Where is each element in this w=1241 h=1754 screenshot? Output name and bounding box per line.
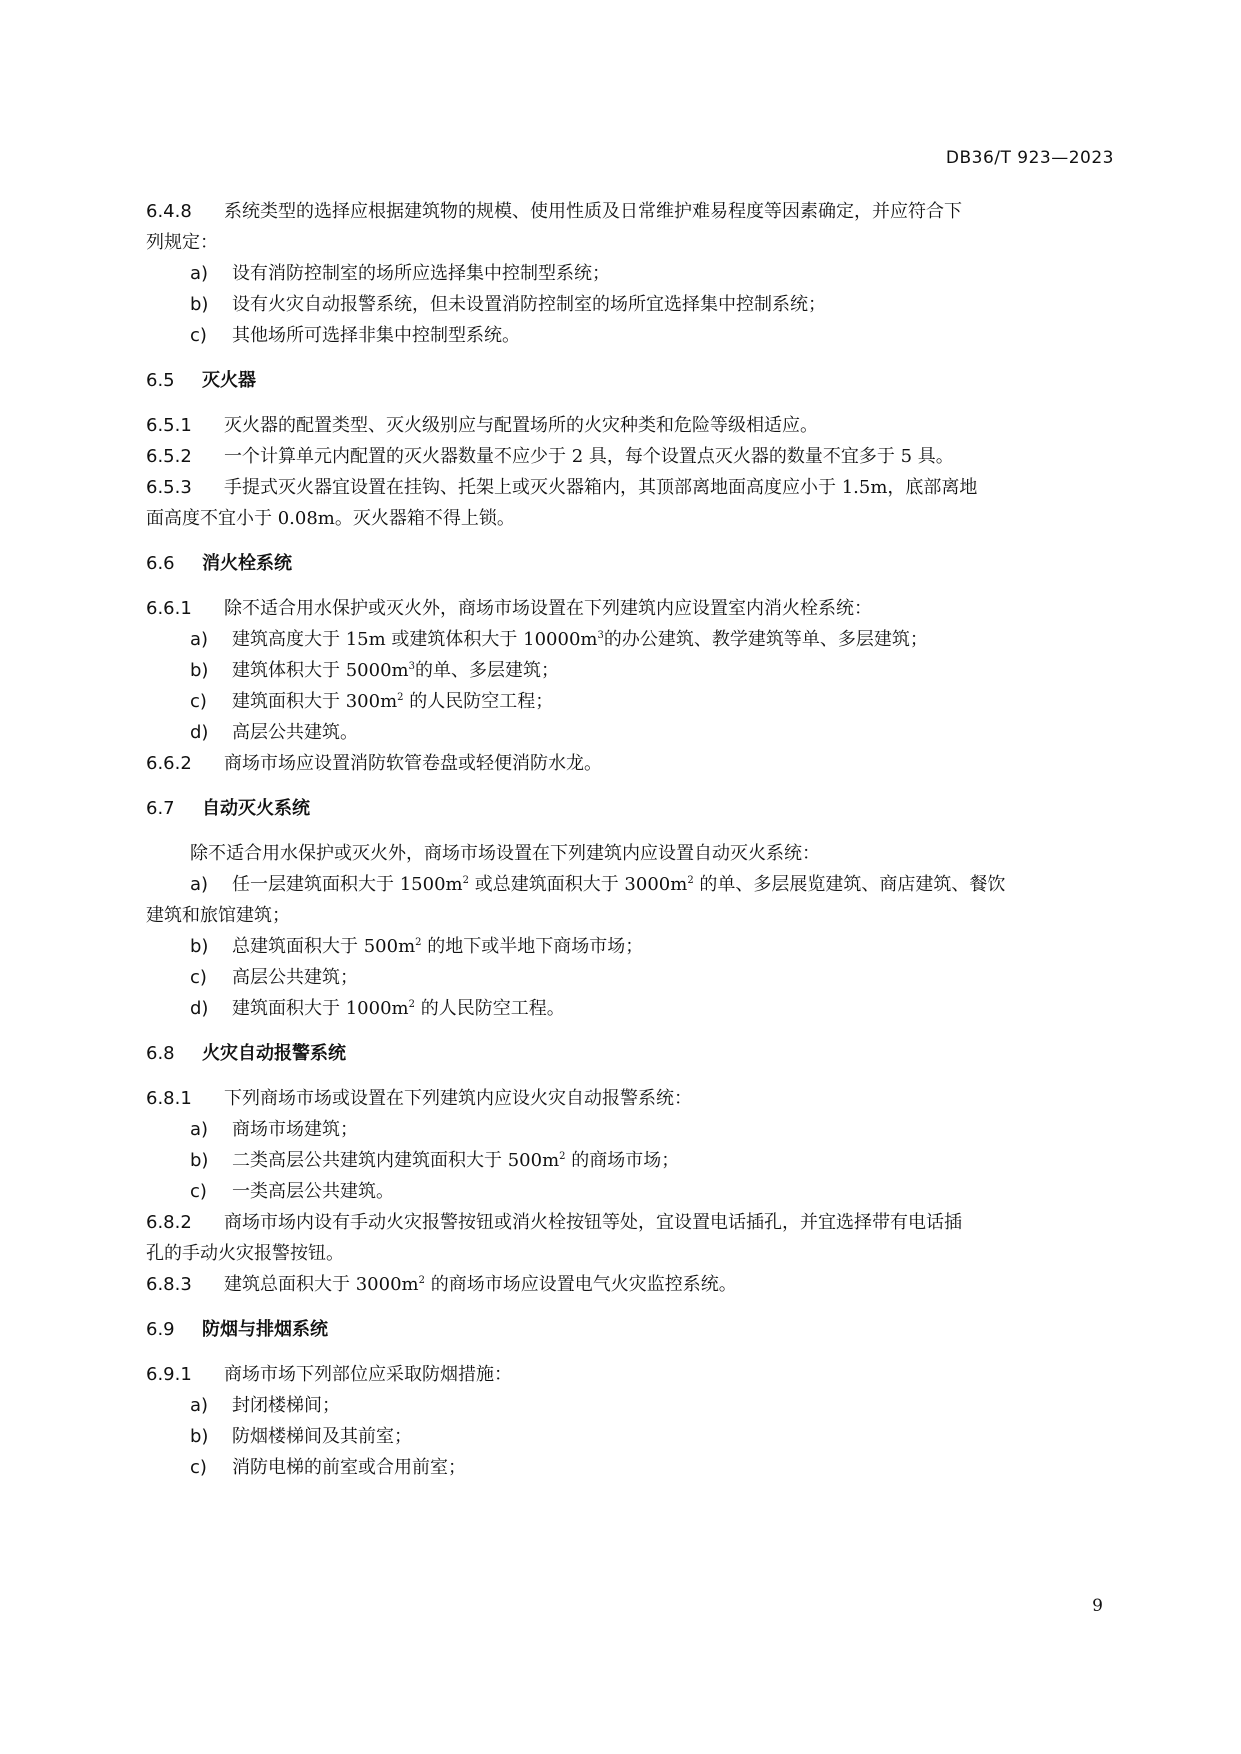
list-item: d)高层公共建筑。 [146,717,1114,748]
item-text-tail: 的办公建筑、教学建筑等单、多层建筑； [604,629,928,650]
section-heading-6-6: 6.6消火栓系统 [146,548,1114,579]
clause-number: 6.8.3 [146,1269,224,1300]
list-item: c)建筑面积大于 300m2 的人民防空工程； [146,686,1114,717]
clause-6-4-8-continued: 列规定： [146,227,1114,258]
item-text-tail: 的单、多层展览建筑、商店建筑、餐饮 [694,874,1006,895]
clause-number: 6.5.1 [146,410,224,441]
section-number: 6.7 [146,793,202,824]
item-text: 消防电梯的前室或合用前室； [232,1457,466,1478]
item-text-mid: 或总建筑面积大于 3000m [469,874,687,895]
list-item: a)商场市场建筑； [146,1114,1114,1145]
section-title: 灭火器 [202,370,256,391]
list-item: b)二类高层公共建筑内建筑面积大于 500m2 的商场市场； [146,1145,1114,1176]
section-heading-6-7: 6.7自动灭火系统 [146,793,1114,824]
clause-number: 6.5.2 [146,441,224,472]
clause-6-8-2-continued: 孔的手动火灾报警按钮。 [146,1238,1114,1269]
section-title: 防烟与排烟系统 [202,1319,328,1340]
item-text: 封闭楼梯间； [232,1395,340,1416]
list-item: b)防烟楼梯间及其前室； [146,1421,1114,1452]
clause-text: 除不适合用水保护或灭火外，商场市场设置在下列建筑内应设置室内消火栓系统： [224,598,872,619]
item-label: a) [190,1114,232,1145]
item-label: b) [190,1421,232,1452]
item-text-tail: 的地下或半地下商场市场； [422,936,644,957]
page-number: 9 [1092,1596,1103,1616]
item-text-tail: 的商场市场； [566,1150,680,1171]
clause-6-9-1: 6.9.1商场市场下列部位应采取防烟措施： [146,1359,1114,1390]
list-item: c)一类高层公共建筑。 [146,1176,1114,1207]
clause-text: 系统类型的选择应根据建筑物的规模、使用性质及日常维护难易程度等因素确定，并应符合… [224,201,962,222]
item-label: c) [190,686,232,717]
list-item: a)建筑高度大于 15m 或建筑体积大于 10000m3的办公建筑、教学建筑等单… [146,624,1114,655]
item-label: c) [190,1452,232,1483]
item-text: 高层公共建筑； [232,967,358,988]
list-item-continued: 建筑和旅馆建筑； [146,900,1114,931]
item-text: 二类高层公共建筑内建筑面积大于 500m [232,1150,559,1171]
clause-6-5-1: 6.5.1灭火器的配置类型、灭火级别应与配置场所的火灾种类和危险等级相适应。 [146,410,1114,441]
item-text-tail: 的人民防空工程。 [415,998,565,1019]
section-heading-6-5: 6.5灭火器 [146,365,1114,396]
list-item: c)消防电梯的前室或合用前室； [146,1452,1114,1483]
section-heading-6-9: 6.9防烟与排烟系统 [146,1314,1114,1345]
clause-6-5-2: 6.5.2一个计算单元内配置的灭火器数量不应少于 2 具，每个设置点灭火器的数量… [146,441,1114,472]
clause-number: 6.8.2 [146,1207,224,1238]
clause-number: 6.5.3 [146,472,224,503]
document-body: 6.4.8系统类型的选择应根据建筑物的规模、使用性质及日常维护难易程度等因素确定… [146,196,1114,1483]
item-text: 总建筑面积大于 500m [232,936,415,957]
item-label: b) [190,289,232,320]
item-text: 设有火灾自动报警系统，但未设置消防控制室的场所宜选择集中控制系统； [232,294,826,315]
section-heading-6-8: 6.8火灾自动报警系统 [146,1038,1114,1069]
section-title: 消火栓系统 [202,553,292,574]
clause-text: 下列商场市场或设置在下列建筑内应设火灾自动报警系统： [224,1088,692,1109]
clause-6-5-3-continued: 面高度不宜小于 0.08m。灭火器箱不得上锁。 [146,503,1114,534]
item-label: c) [190,1176,232,1207]
item-text: 高层公共建筑。 [232,722,358,743]
item-text: 建筑体积大于 5000m [232,660,409,681]
clause-6-6-2: 6.6.2商场市场应设置消防软管卷盘或轻便消防水龙。 [146,748,1114,779]
list-item: c)高层公共建筑； [146,962,1114,993]
list-item: a)设有消防控制室的场所应选择集中控制型系统； [146,258,1114,289]
item-label: c) [190,320,232,351]
clause-number: 6.4.8 [146,196,224,227]
item-text: 建筑面积大于 300m [232,691,397,712]
clause-text-tail: 的商场市场应设置电气火灾监控系统。 [425,1274,737,1295]
section-number: 6.5 [146,365,202,396]
clause-text: 商场市场应设置消防软管卷盘或轻便消防水龙。 [224,753,602,774]
item-text: 设有消防控制室的场所应选择集中控制型系统； [232,263,610,284]
item-label: d) [190,993,232,1024]
section-title: 自动灭火系统 [202,798,310,819]
item-label: a) [190,624,232,655]
clause-number: 6.8.1 [146,1083,224,1114]
clause-6-4-8: 6.4.8系统类型的选择应根据建筑物的规模、使用性质及日常维护难易程度等因素确定… [146,196,1114,227]
item-label: c) [190,962,232,993]
list-item: d)建筑面积大于 1000m2 的人民防空工程。 [146,993,1114,1024]
item-text: 防烟楼梯间及其前室； [232,1426,412,1447]
section-title: 火灾自动报警系统 [202,1043,346,1064]
item-text: 其他场所可选择非集中控制型系统。 [232,325,520,346]
item-text: 一类高层公共建筑。 [232,1181,394,1202]
clause-number: 6.6.1 [146,593,224,624]
item-text: 商场市场建筑； [232,1119,358,1140]
list-item: b)设有火灾自动报警系统，但未设置消防控制室的场所宜选择集中控制系统； [146,289,1114,320]
clause-6-8-3: 6.8.3建筑总面积大于 3000m2 的商场市场应设置电气火灾监控系统。 [146,1269,1114,1300]
clause-text: 一个计算单元内配置的灭火器数量不应少于 2 具，每个设置点灭火器的数量不宜多于 … [224,446,954,467]
clause-6-5-3: 6.5.3手提式灭火器宜设置在挂钩、托架上或灭火器箱内，其顶部离地面高度应小于 … [146,472,1114,503]
item-label: b) [190,1145,232,1176]
clause-6-6-1: 6.6.1除不适合用水保护或灭火外，商场市场设置在下列建筑内应设置室内消火栓系统… [146,593,1114,624]
list-item: b)建筑体积大于 5000m3的单、多层建筑； [146,655,1114,686]
clause-text: 商场市场内设有手动火灾报警按钮或消火栓按钮等处，宜设置电话插孔，并宜选择带有电话… [224,1212,962,1233]
item-label: b) [190,931,232,962]
paragraph-intro: 除不适合用水保护或灭火外，商场市场设置在下列建筑内应设置自动灭火系统： [146,838,1114,869]
list-item: a)封闭楼梯间； [146,1390,1114,1421]
section-number: 6.8 [146,1038,202,1069]
clause-text: 灭火器的配置类型、灭火级别应与配置场所的火灾种类和危险等级相适应。 [224,415,818,436]
clause-6-8-1: 6.8.1下列商场市场或设置在下列建筑内应设火灾自动报警系统： [146,1083,1114,1114]
clause-number: 6.6.2 [146,748,224,779]
clause-text: 商场市场下列部位应采取防烟措施： [224,1364,512,1385]
item-text-tail: 的单、多层建筑； [415,660,559,681]
item-text: 建筑高度大于 15m 或建筑体积大于 10000m [232,629,597,650]
item-text-tail: 的人民防空工程； [404,691,554,712]
section-number: 6.9 [146,1314,202,1345]
item-label: a) [190,258,232,289]
clause-text: 手提式灭火器宜设置在挂钩、托架上或灭火器箱内，其顶部离地面高度应小于 1.5m，… [224,477,977,498]
item-label: a) [190,869,232,900]
list-item: c)其他场所可选择非集中控制型系统。 [146,320,1114,351]
item-label: b) [190,655,232,686]
document-code: DB36/T 923—2023 [946,148,1114,168]
item-text: 任一层建筑面积大于 1500m [232,874,463,895]
section-number: 6.6 [146,548,202,579]
item-label: a) [190,1390,232,1421]
clause-number: 6.9.1 [146,1359,224,1390]
list-item: a)任一层建筑面积大于 1500m2 或总建筑面积大于 3000m2 的单、多层… [146,869,1114,900]
item-label: d) [190,717,232,748]
clause-6-8-2: 6.8.2商场市场内设有手动火灾报警按钮或消火栓按钮等处，宜设置电话插孔，并宜选… [146,1207,1114,1238]
list-item: b)总建筑面积大于 500m2 的地下或半地下商场市场； [146,931,1114,962]
item-text: 建筑面积大于 1000m [232,998,409,1019]
clause-text: 建筑总面积大于 3000m [224,1274,419,1295]
